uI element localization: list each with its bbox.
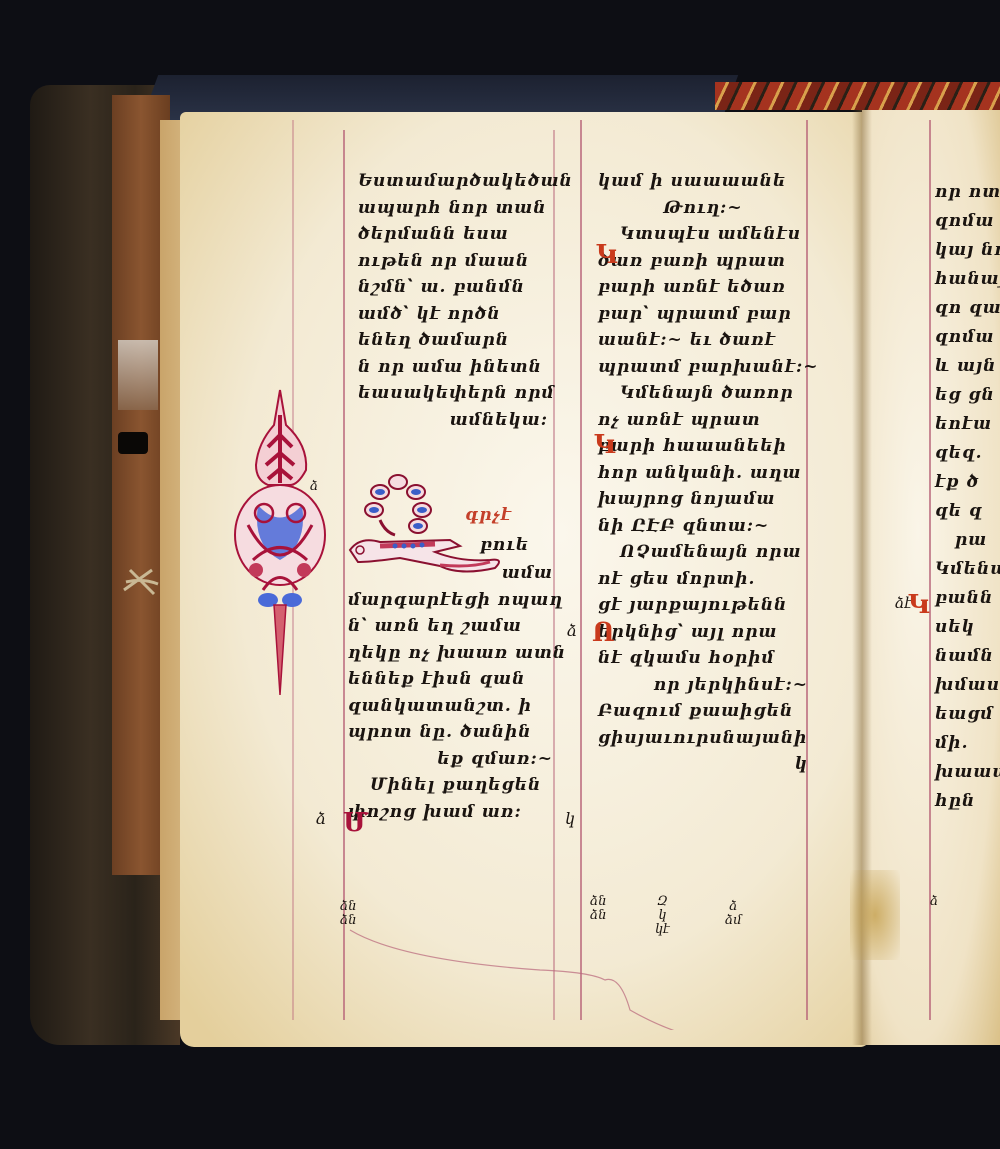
text-line: բարի առնէ եծառ [598, 274, 808, 301]
text-line: ծառ բառի պրատ [598, 248, 808, 275]
text-line: եննեք էիսն զան [348, 666, 553, 693]
text-line: ութեն որ մաան [358, 248, 558, 275]
note-line: ձմ [725, 914, 742, 928]
text-line: որ յերկինսէ:~ [598, 672, 808, 699]
text-line: եք զմառ:~ [348, 746, 553, 773]
text-line: ՈՉամենայն որա [598, 539, 808, 566]
text-line: մի. [935, 729, 1000, 758]
text-line: ամնեկա: [358, 407, 558, 434]
text-line: եացմ [935, 700, 1000, 729]
text-line: կայ նոր [935, 236, 1000, 265]
text-line: նի ԸԷԲ զնտա:~ [598, 513, 808, 540]
margin-note: ձ [567, 624, 577, 638]
text-line: ցիսյաւուրսնայանի [598, 725, 808, 752]
text-line: եոէա [935, 410, 1000, 439]
text-line: աանէ:~ եւ ծառէ [598, 327, 808, 354]
note-line: ձն [590, 909, 606, 923]
text-line: ենեղ ծամարն [358, 327, 558, 354]
right-fragment-column: որ ոտ զոմա կայ նոր հանայ զո զա զոմա և այ… [935, 178, 1000, 816]
catchword-note: ձ ձմ [725, 900, 742, 928]
text-line: զո զա [935, 294, 1000, 323]
catchword-note: ձն ձն [340, 900, 356, 928]
binding-clasp-hole [118, 432, 148, 454]
text-line: Կտսպէս ամենէս [598, 221, 808, 248]
text-line: ն՝ առն եղ շամա [348, 613, 553, 640]
bird-initial-ornament [340, 470, 510, 585]
marginal-palmette-ornament [228, 385, 338, 700]
text-line: հոր անկանի. աղա [598, 460, 808, 487]
text-line: Կմենա [935, 555, 1000, 584]
woven-headband [715, 82, 1000, 110]
margin-note: կ [565, 812, 575, 826]
text-line: հանայ [935, 265, 1000, 294]
binding-string [122, 560, 162, 600]
text-line: մարգարէեցի ոպաղ [348, 587, 553, 614]
text-line: պրոտ նը. ծանին [348, 719, 553, 746]
text-line: Բազում քաաիցեն [598, 698, 808, 725]
note-line: ձն [590, 895, 606, 909]
text-line: ծերմանն եսա [358, 221, 558, 248]
text-line: ցէ յարքայութենն [598, 592, 808, 619]
text-line: ն որ ամա ինետն [358, 354, 558, 381]
text-line: ապարհ նոր տան [358, 195, 558, 222]
ruling-curve [340, 900, 820, 1030]
ruling-line [929, 120, 931, 1020]
text-line: նամն [935, 642, 1000, 671]
initial-letter: Ո [592, 618, 615, 648]
text-line: կ [598, 751, 808, 778]
text-line: հըն [935, 787, 1000, 816]
initial-letter: Կ [908, 590, 930, 620]
catchword-note: ձն ձն [590, 895, 606, 923]
text-line: նէ զկամս հօրիմ [598, 645, 808, 672]
text-line: ամծ՝ կէ ործն [358, 301, 558, 328]
binding-wear-highlight [118, 340, 158, 410]
text-line: խայրոց նոյամա [598, 486, 808, 513]
note-line: կէ [655, 923, 670, 937]
text-line: ոէ ցես մորտի. [598, 566, 808, 593]
note-line: ձ [725, 900, 742, 914]
text-line: զեզ. [935, 439, 1000, 468]
note-line: ձն [340, 914, 356, 928]
text-line: և այն [935, 352, 1000, 381]
text-line: Եստամարծակեծան [358, 168, 558, 195]
ruling-line [580, 120, 582, 1020]
text-line: զանկատանշտ. ի [348, 693, 553, 720]
text-line: բարի հաաանեեի [598, 433, 808, 460]
text-line: նշմն՝ ա. բանմն [358, 274, 558, 301]
initial-letter: Մ [343, 808, 368, 838]
text-line: էք ծ [935, 468, 1000, 497]
text-line: զոմա [935, 323, 1000, 352]
text-line: զոմա [935, 207, 1000, 236]
text-line: պրատմ բարխանէ:~ [598, 354, 808, 381]
left-text-column: Եստամարծակեծան ապարհ նոր տան ծերմանն եսա… [358, 168, 558, 433]
note-line: կ [655, 909, 670, 923]
initial-letter: Կ [596, 240, 618, 270]
water-stain [850, 870, 900, 960]
right-text-column: կամ ի սաաաանե Թուղ:~ Կտսպէս ամենէս ծառ բ… [598, 168, 808, 778]
text-line: Մինել քաղեցեն [348, 772, 553, 799]
text-line: խաաա [935, 758, 1000, 787]
text-line: կամ ի սաաաանե [598, 168, 808, 195]
text-line: որ ոտ [935, 178, 1000, 207]
note-line: ձն [340, 900, 356, 914]
left-text-column-lower: ամա մարգարէեցի ոպաղ ն՝ առն եղ շամա ղեկը … [348, 560, 553, 825]
text-line: փոշոց խամ առ: [348, 799, 553, 826]
text-line: զե զ [935, 497, 1000, 526]
text-line: բար՝ պրատմ բար [598, 301, 808, 328]
catchword-note: Զ կ կէ [655, 895, 670, 937]
text-line: Թուղ:~ [598, 195, 808, 222]
text-line: ոչ առնէ պրատ [598, 407, 808, 434]
margin-note: ձ [316, 812, 326, 826]
text-line: րա [935, 526, 1000, 555]
text-line: խմաս [935, 671, 1000, 700]
text-line: եց ցն [935, 381, 1000, 410]
text-line: Կմենայն ծառոր [598, 380, 808, 407]
note-line: Զ [655, 895, 670, 909]
text-line: բանն [935, 584, 1000, 613]
text-line: սեկ [935, 613, 1000, 642]
text-line: երկնից՝ այլ որա [598, 619, 808, 646]
initial-letter: Կ [594, 430, 616, 460]
text-line: եասակեփերն որմ [358, 380, 558, 407]
text-line: ղեկը ոչ խաառ ատն [348, 640, 553, 667]
catchword-note: ձ [930, 895, 938, 909]
